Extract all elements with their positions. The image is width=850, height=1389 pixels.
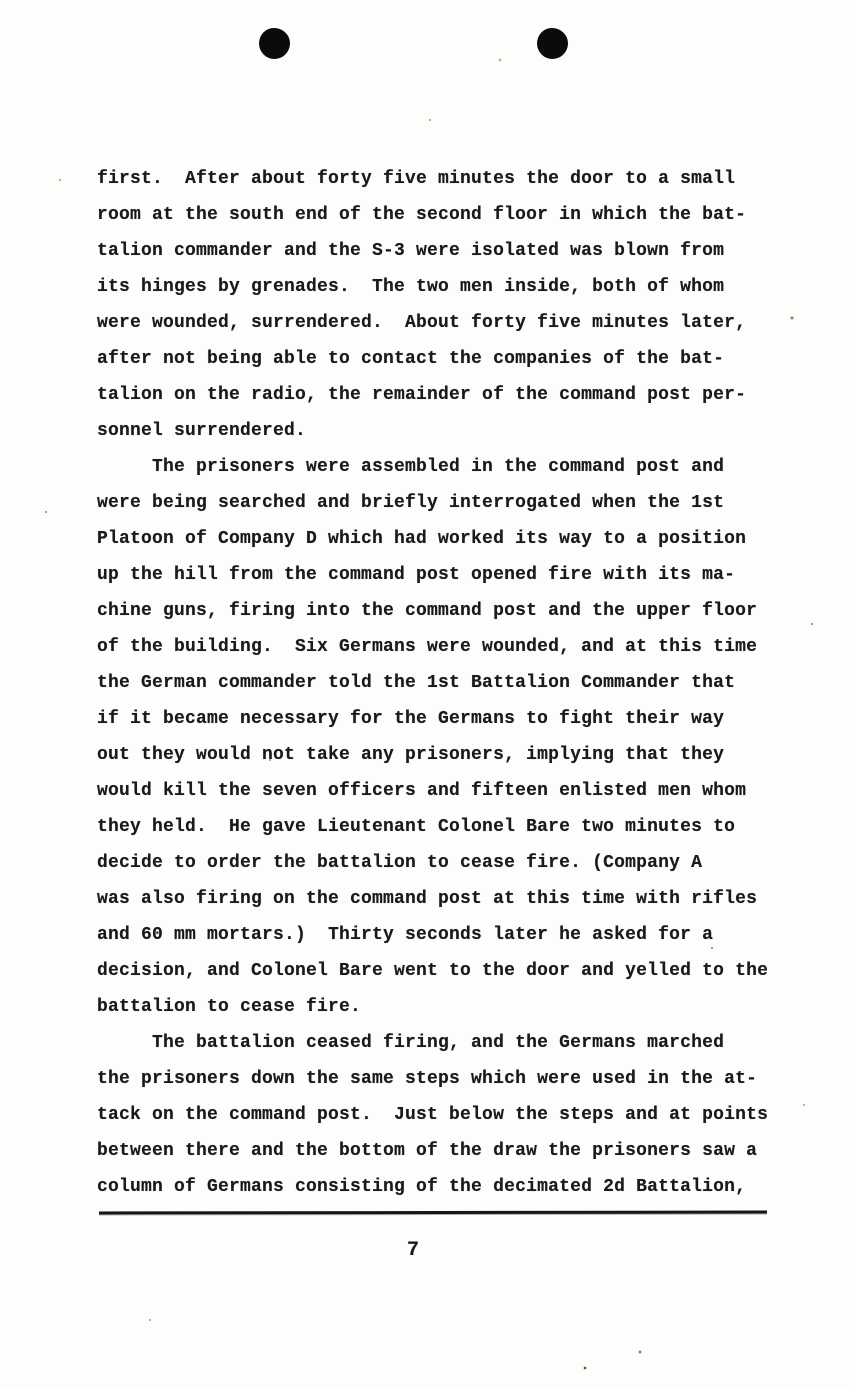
text-line: tack on the command post. Just below the…: [97, 1097, 797, 1133]
text-line: out they would not take any prisoners, i…: [97, 737, 797, 773]
footnote-rule: [99, 1211, 767, 1215]
text-line: chine guns, firing into the command post…: [97, 593, 797, 629]
text-line: battalion to cease fire.: [97, 989, 797, 1025]
binding-hole-right-icon: [537, 28, 568, 59]
text-line: and 60 mm mortars.) Thirty seconds later…: [97, 917, 797, 953]
binding-hole-left-icon: [259, 28, 290, 59]
text-line: was also firing on the command post at t…: [97, 881, 797, 917]
text-line: its hinges by grenades. The two men insi…: [97, 269, 797, 305]
paragraph-3: The battalion ceased firing, and the Ger…: [97, 1025, 797, 1205]
text-line: up the hill from the command post opened…: [97, 557, 797, 593]
text-line: of the building. Six Germans were wounde…: [97, 629, 797, 665]
text-line: talion on the radio, the remainder of th…: [97, 377, 797, 413]
document-text: first. After about forty five minutes th…: [97, 161, 797, 1205]
text-line: decide to order the battalion to cease f…: [97, 845, 797, 881]
text-line: the German commander told the 1st Battal…: [97, 665, 797, 701]
text-line: if it became necessary for the Germans t…: [97, 701, 797, 737]
text-line: between there and the bottom of the draw…: [97, 1133, 797, 1169]
text-line: they held. He gave Lieutenant Colonel Ba…: [97, 809, 797, 845]
text-line: would kill the seven officers and fiftee…: [97, 773, 797, 809]
text-line: The battalion ceased firing, and the Ger…: [97, 1025, 797, 1061]
text-line: The prisoners were assembled in the comm…: [97, 449, 797, 485]
text-line: were being searched and briefly interrog…: [97, 485, 797, 521]
text-line: were wounded, surrendered. About forty f…: [97, 305, 797, 341]
text-line: talion commander and the S-3 were isolat…: [97, 233, 797, 269]
text-line: Platoon of Company D which had worked it…: [97, 521, 797, 557]
document-page: first. After about forty five minutes th…: [0, 0, 850, 1389]
text-line: column of Germans consisting of the deci…: [97, 1169, 797, 1205]
paragraph-2: The prisoners were assembled in the comm…: [97, 449, 797, 1025]
text-line: after not being able to contact the comp…: [97, 341, 797, 377]
text-line: room at the south end of the second floo…: [97, 197, 797, 233]
text-line: decision, and Colonel Bare went to the d…: [97, 953, 797, 989]
text-line: the prisoners down the same steps which …: [97, 1061, 797, 1097]
text-line: first. After about forty five minutes th…: [97, 161, 797, 197]
text-line: sonnel surrendered.: [97, 413, 797, 449]
paragraph-1: first. After about forty five minutes th…: [97, 161, 797, 449]
page-number: 7: [398, 1239, 428, 1262]
